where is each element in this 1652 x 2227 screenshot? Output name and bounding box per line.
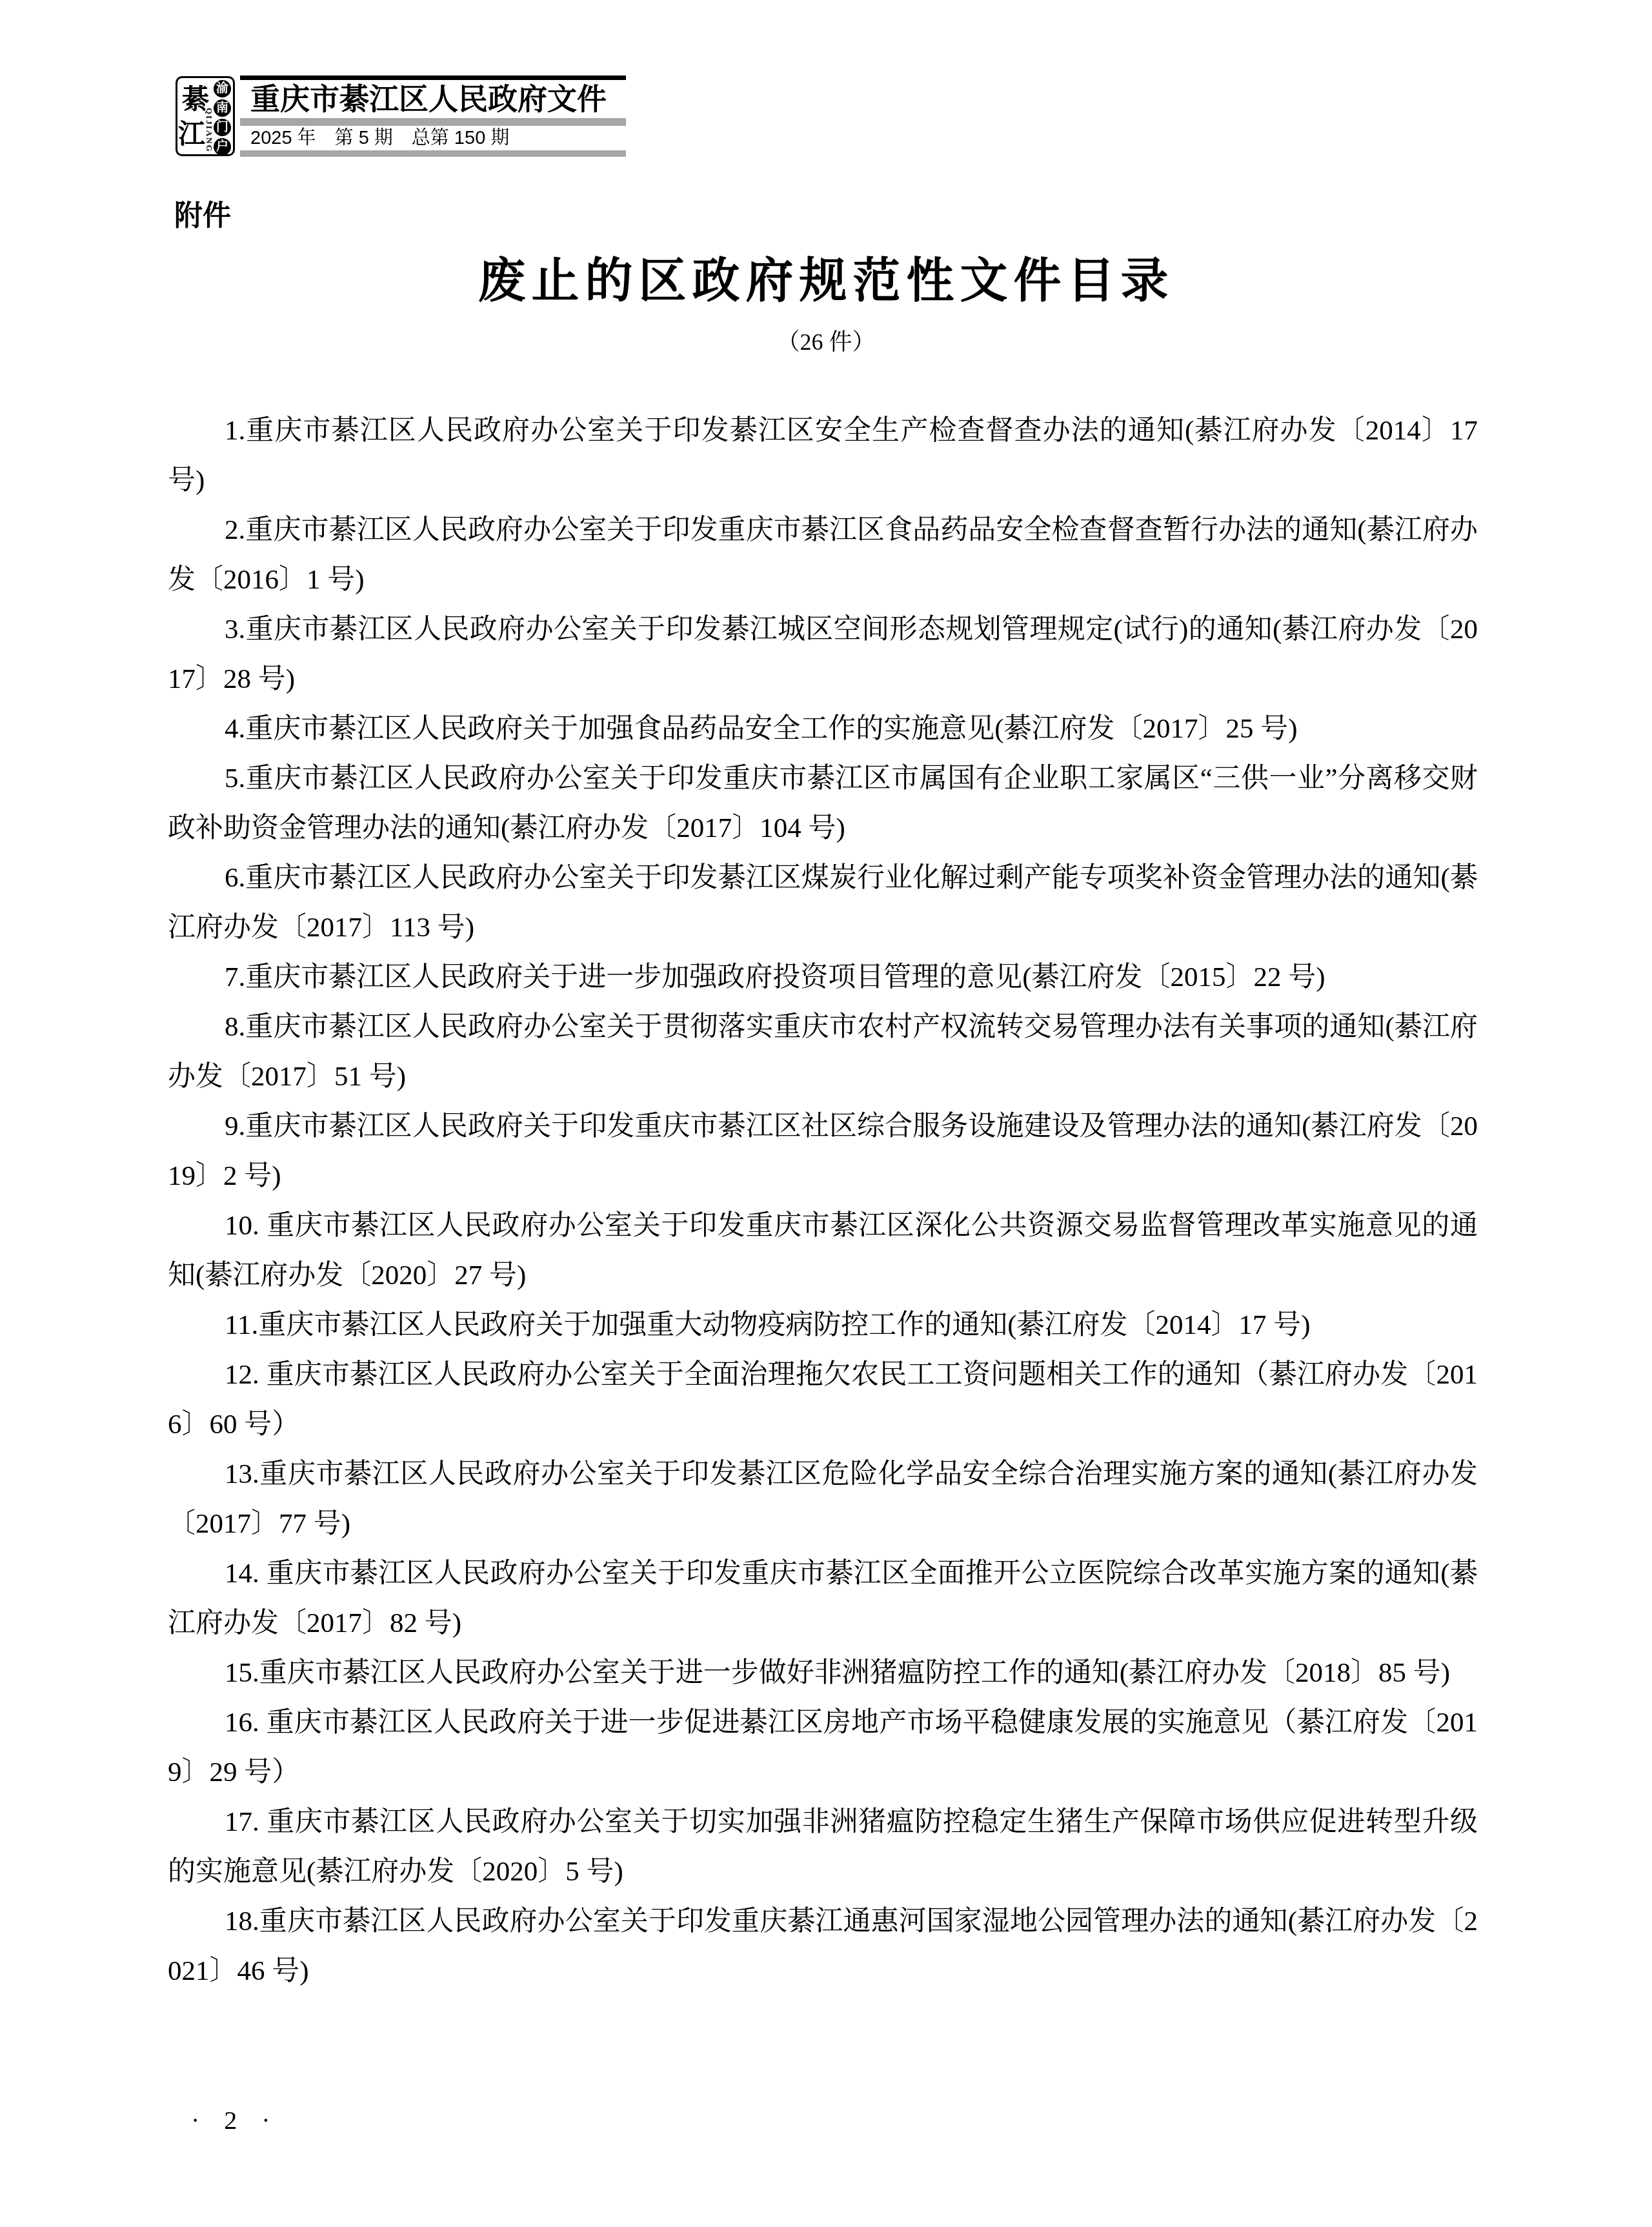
logo-badge-nan: 南 (214, 99, 231, 117)
logo-char-jiang: 江 (178, 113, 205, 152)
qijiang-logo: 綦 江 QIJIANG 渝 南 门 户 (176, 76, 235, 156)
list-item: 7.重庆市綦江区人民政府关于进一步加强政府投资项目管理的意见(綦江府发〔2015… (168, 952, 1478, 1002)
list-item: 18.重庆市綦江区人民政府办公室关于印发重庆綦江通惠河国家湿地公园管理办法的通知… (168, 1897, 1478, 1996)
list-item: 15.重庆市綦江区人民政府办公室关于进一步做好非洲猪瘟防控工作的通知(綦江府办发… (168, 1648, 1478, 1698)
list-item: 14. 重庆市綦江区人民政府办公室关于印发重庆市綦江区全面推开公立医院综合改革实… (168, 1549, 1478, 1648)
masthead-gray-bar-bottom (240, 150, 626, 157)
list-item: 5.重庆市綦江区人民政府办公室关于印发重庆市綦江区市属国有企业职工家属区“三供一… (168, 754, 1478, 853)
list-item: 9.重庆市綦江区人民政府关于印发重庆市綦江区社区综合服务设施建设及管理办法的通知… (168, 1102, 1478, 1201)
logo-badge-hu: 户 (214, 138, 231, 156)
doc-title: 废止的区政府规范性文件目录 (0, 243, 1652, 311)
gazette-page: 綦 江 QIJIANG 渝 南 门 户 重庆市綦江区人民政府文件 2025 年 … (0, 0, 1652, 2227)
page-number: · 2 · (191, 2105, 279, 2135)
masthead-black-bar (240, 76, 626, 80)
logo-latin-text: QIJIANG (204, 108, 214, 153)
list-item: 17. 重庆市綦江区人民政府办公室关于切实加强非洲猪瘟防控稳定生猪生产保障市场供… (168, 1797, 1478, 1897)
items-list: 1.重庆市綦江区人民政府办公室关于印发綦江区安全生产检查督查办法的通知(綦江府办… (168, 406, 1478, 1996)
list-item: 16. 重庆市綦江区人民政府关于进一步促进綦江区房地产市场平稳健康发展的实施意见… (168, 1698, 1478, 1797)
attachment-label: 附件 (174, 192, 231, 234)
masthead: 重庆市綦江区人民政府文件 2025 年 第 5 期 总第 150 期 (240, 76, 626, 157)
logo-badge-column: 渝 南 门 户 (214, 80, 231, 156)
masthead-gray-bar-top (240, 118, 626, 126)
list-item: 3.重庆市綦江区人民政府办公室关于印发綦江城区空间形态规划管理规定(试行)的通知… (168, 605, 1478, 704)
list-item: 1.重庆市綦江区人民政府办公室关于印发綦江区安全生产检查督查办法的通知(綦江府办… (168, 406, 1478, 505)
list-item: 6.重庆市綦江区人民政府办公室关于印发綦江区煤炭行业化解过剩产能专项奖补资金管理… (168, 853, 1478, 952)
doc-subtitle: （26 件） (0, 324, 1652, 357)
list-item: 2.重庆市綦江区人民政府办公室关于印发重庆市綦江区食品药品安全检查督查暂行办法的… (168, 505, 1478, 605)
logo-badge-yu: 渝 (214, 80, 231, 97)
list-item: 13.重庆市綦江区人民政府办公室关于印发綦江区危险化学品安全综合治理实施方案的通… (168, 1449, 1478, 1549)
issue-line: 2025 年 第 5 期 总第 150 期 (250, 127, 626, 149)
logo-badge-men: 门 (214, 119, 231, 136)
list-item: 10. 重庆市綦江区人民政府办公室关于印发重庆市綦江区深化公共资源交易监督管理改… (168, 1201, 1478, 1300)
masthead-title: 重庆市綦江区人民政府文件 (250, 81, 626, 117)
list-item: 8.重庆市綦江区人民政府办公室关于贯彻落实重庆市农村产权流转交易管理办法有关事项… (168, 1002, 1478, 1102)
list-item: 12. 重庆市綦江区人民政府办公室关于全面治理拖欠农民工工资问题相关工作的通知（… (168, 1350, 1478, 1449)
list-item: 11.重庆市綦江区人民政府关于加强重大动物疫病防控工作的通知(綦江府发〔2014… (168, 1300, 1478, 1350)
list-item: 4.重庆市綦江区人民政府关于加强食品药品安全工作的实施意见(綦江府发〔2017〕… (168, 704, 1478, 754)
